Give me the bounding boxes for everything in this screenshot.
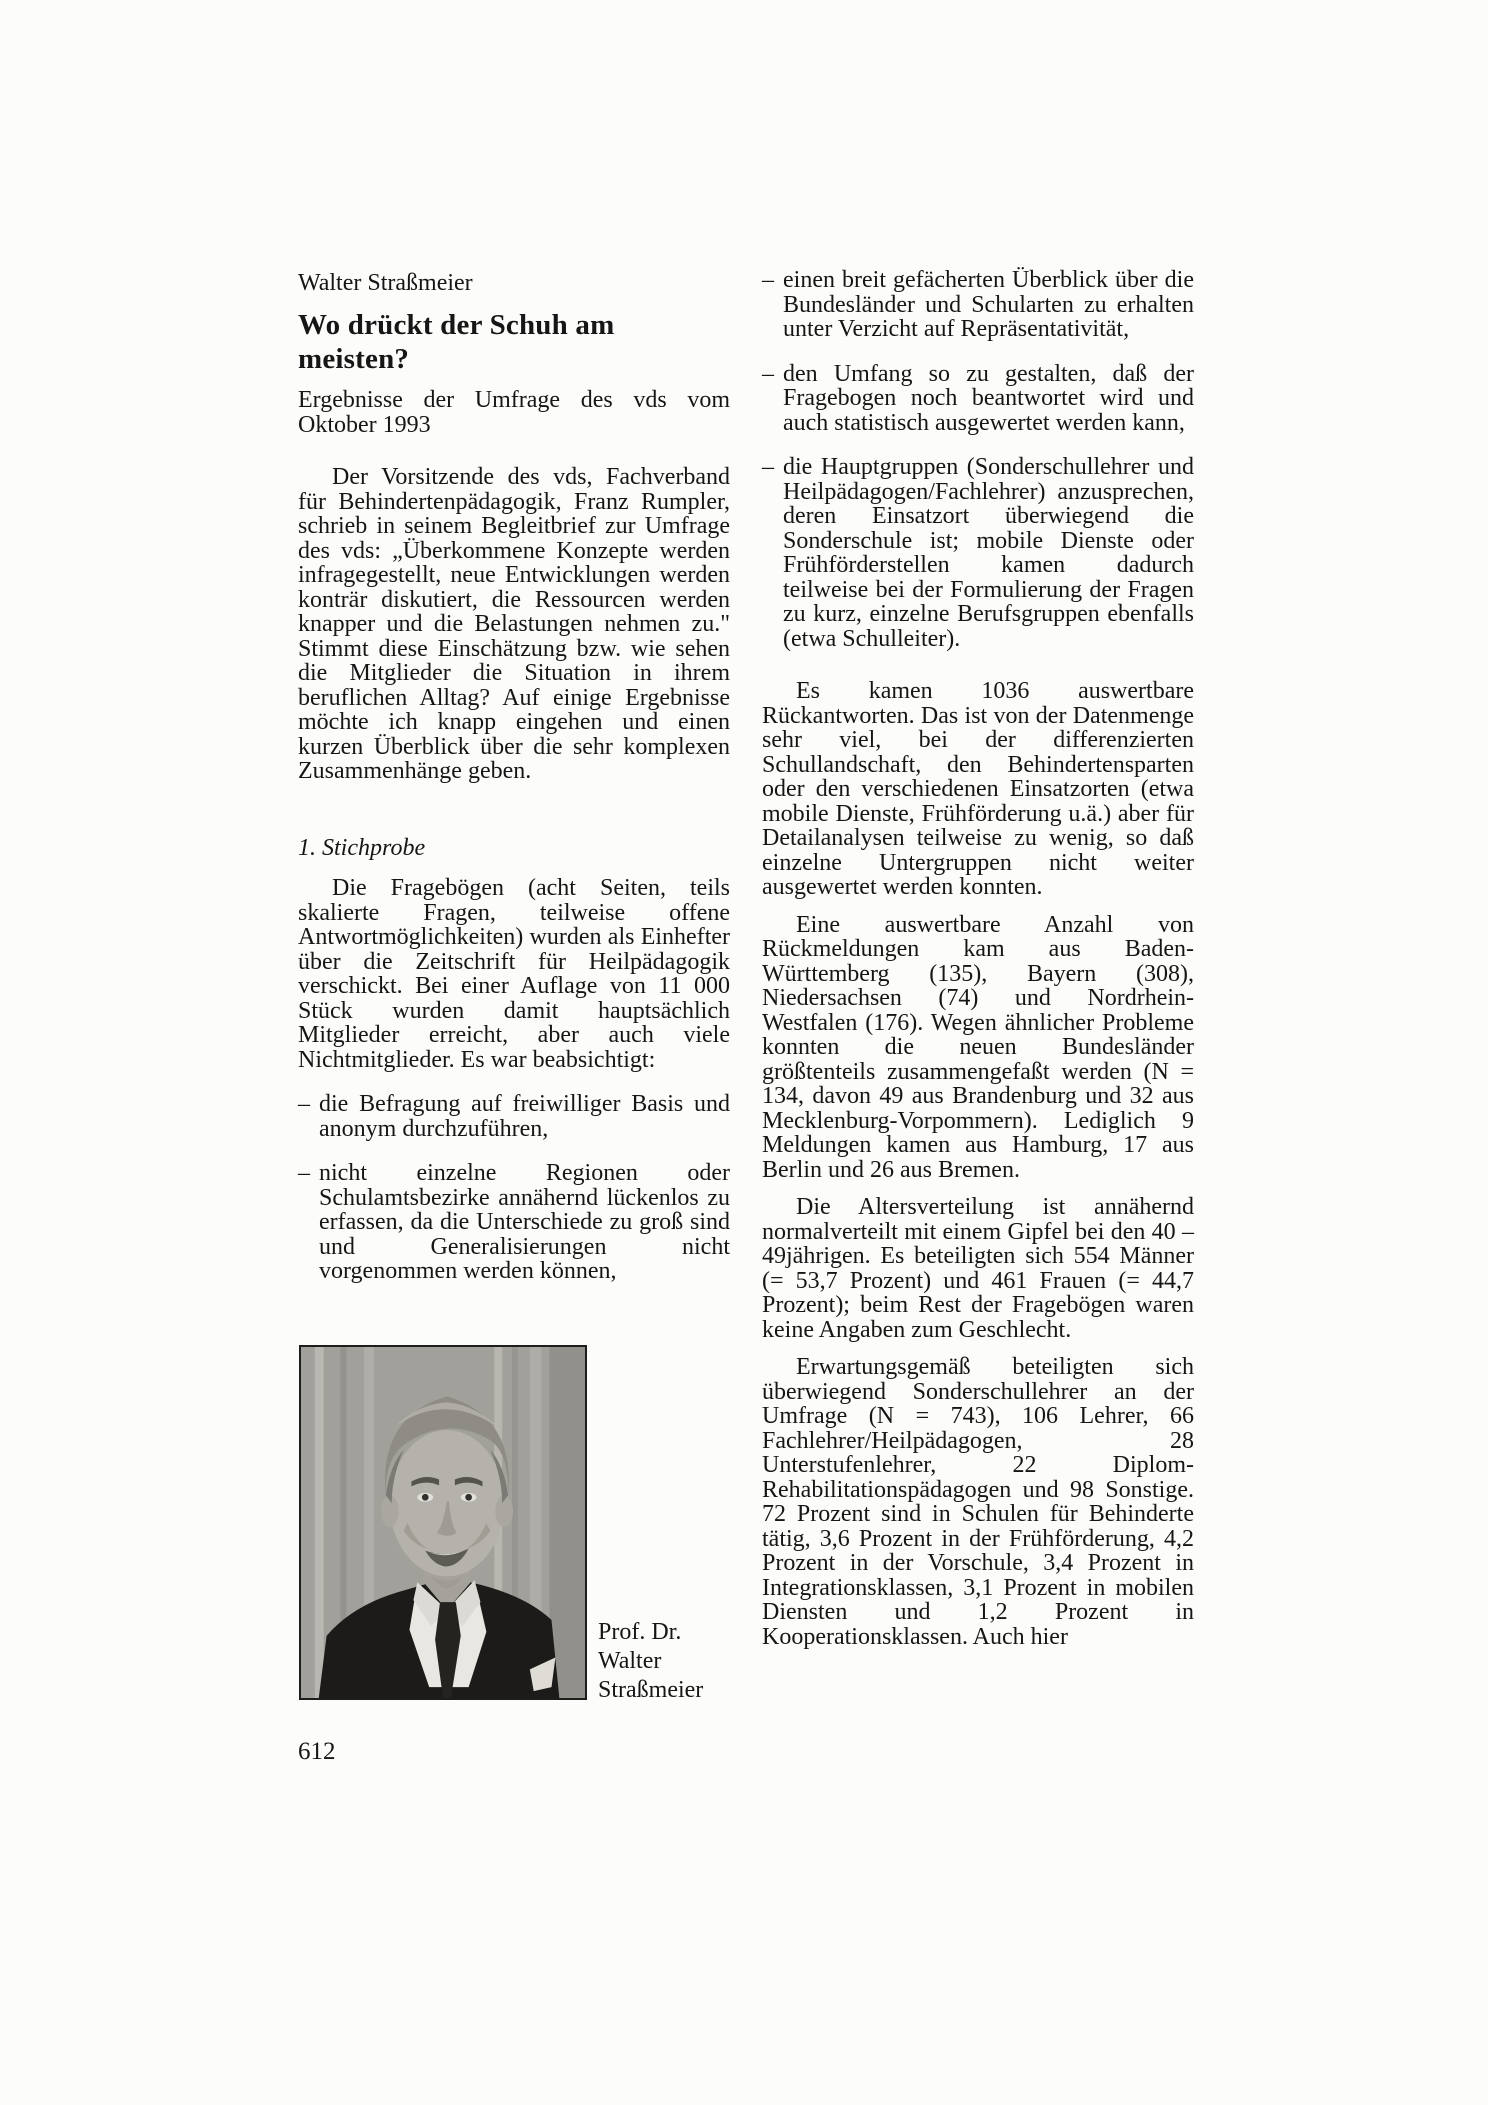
bullet-dash: – (762, 455, 774, 480)
page-number: 612 (298, 1738, 336, 1766)
bullet-text: nicht einzelne Regionen oder Schulamtsbe… (319, 1160, 730, 1284)
intro-paragraph: Der Vorsitzende des vds, Fachverband für… (298, 465, 730, 784)
bullet-text: die Hauptgruppen (Sonderschullehrer und … (783, 454, 1194, 652)
bullet-text: den Umfang so zu gestalten, daß der Frag… (783, 361, 1194, 436)
right-bullet-list: – einen breit gefächerten Überblick über… (762, 268, 1194, 651)
scanned-journal-page: Walter Straßmeier Wo drückt der Schuh am… (0, 0, 1488, 2105)
bullet-item: – nicht einzelne Regionen oder Schulamts… (298, 1161, 730, 1284)
photo-caption-line: Walter (598, 1647, 758, 1676)
bullet-item: – die Befragung auf freiwilliger Basis u… (298, 1092, 730, 1141)
bullet-dash: – (298, 1092, 310, 1117)
bullet-item: – die Hauptgruppen (Sonderschullehrer un… (762, 455, 1194, 651)
author-name: Walter Straßmeier (298, 270, 730, 296)
bullet-item: – den Umfang so zu gestalten, daß der Fr… (762, 362, 1194, 436)
article-title: Wo drückt der Schuh am meisten? (298, 308, 730, 376)
left-column: Walter Straßmeier Wo drückt der Schuh am… (298, 270, 730, 1284)
body-paragraph: Die Altersverteilung ist annähernd norma… (762, 1195, 1194, 1342)
right-column: – einen breit gefächerten Überblick über… (762, 268, 1194, 1649)
bullet-dash: – (298, 1161, 310, 1186)
photo-caption: Prof. Dr. Walter Straßmeier (598, 1618, 758, 1705)
article-subtitle: Ergebnisse der Umfrage des vds vom Oktob… (298, 388, 730, 437)
photo-caption-line: Straßmeier (598, 1676, 758, 1705)
body-paragraph: Es kamen 1036 auswertbare Rückantworten.… (762, 679, 1194, 900)
portrait-photo (299, 1345, 587, 1700)
bullet-dash: – (762, 268, 774, 293)
bullet-text: einen breit gefächerten Überblick über d… (783, 267, 1194, 342)
bullet-item: – einen breit gefächerten Überblick über… (762, 268, 1194, 342)
body-paragraph: Eine auswertbare Anzahl von Rückmeldunge… (762, 913, 1194, 1183)
bullet-text: die Befragung auf freiwilliger Basis und… (319, 1091, 730, 1142)
portrait-photo-image (301, 1347, 585, 1698)
left-bullet-list: – die Befragung auf freiwilliger Basis u… (298, 1092, 730, 1284)
section-intro-paragraph: Die Fragebögen (acht Seiten, teils skali… (298, 876, 730, 1072)
body-paragraph: Erwartungsgemäß beteiligten sich überwie… (762, 1355, 1194, 1649)
section-heading-stichprobe: 1. Stichprobe (298, 836, 730, 861)
photo-caption-line: Prof. Dr. (598, 1618, 758, 1647)
bullet-dash: – (762, 362, 774, 387)
